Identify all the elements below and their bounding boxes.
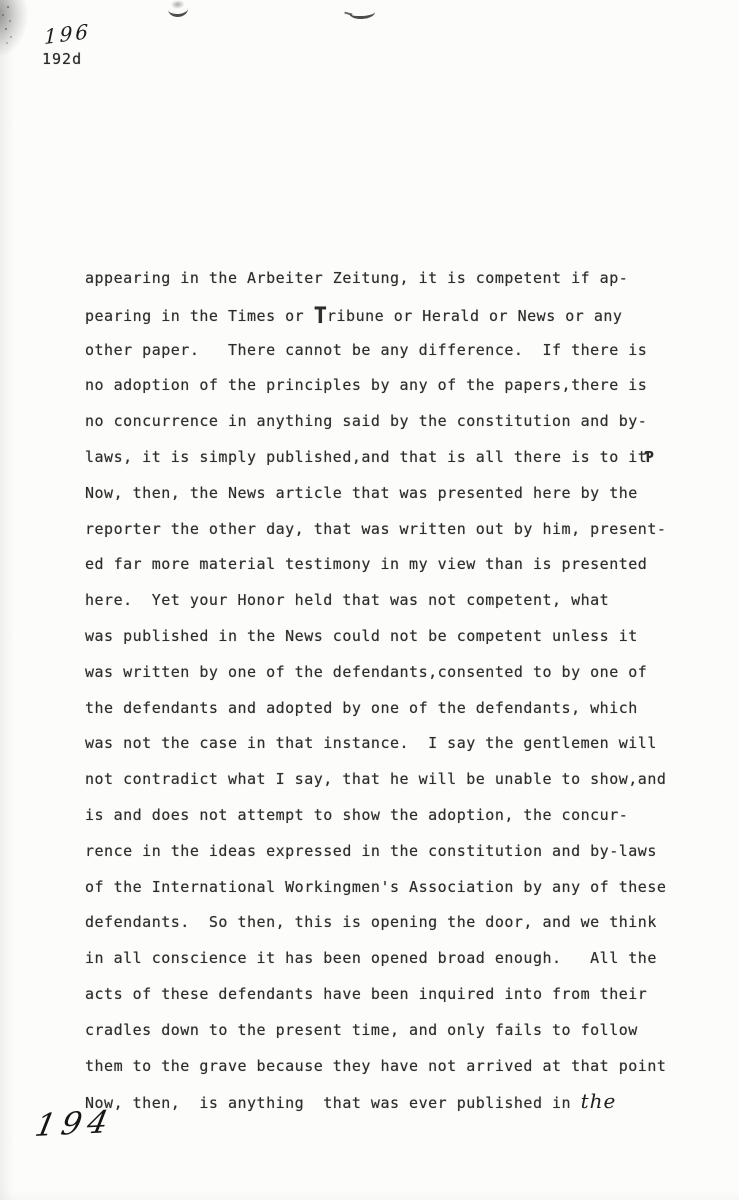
typed-line: acts of these defendants have been inqui…: [85, 977, 685, 1013]
typed-segment: not contradict what I say, that he will …: [85, 770, 666, 788]
typed-segment: ed far more material testimony in my vie…: [85, 555, 647, 573]
typed-segment: pearing in the Times or: [85, 307, 314, 325]
typed-line: was published in the News could not be c…: [85, 619, 685, 655]
typed-segment: was not the case in that instance. I say…: [85, 734, 657, 752]
typed-segment: acts of these defendants have been inqui…: [85, 985, 647, 1003]
typed-line: the defendants and adopted by one of the…: [85, 691, 685, 727]
typed-segment: no adoption of the principles by any of …: [85, 376, 647, 394]
typed-line: them to the grave because they have not …: [85, 1049, 685, 1085]
typed-segment: of the International Workingmen's Associ…: [85, 878, 666, 896]
typed-line: Now, then, the News article that was pre…: [85, 476, 685, 512]
typed-segment: no concurrence in anything said by the c…: [85, 412, 647, 430]
handwritten-word: the: [581, 1089, 617, 1113]
typed-segment: Now, then, the News article that was pre…: [85, 484, 638, 502]
typed-line: appearing in the Arbeiter Zeitung, it is…: [85, 261, 685, 297]
typed-segment: laws, it is simply published,and that is…: [85, 448, 647, 466]
typed-segment-overstrike: Ƥ: [644, 448, 653, 466]
typed-segment-tallT: T: [314, 304, 327, 329]
typed-line: here. Yet your Honor held that was not c…: [85, 583, 685, 619]
typed-line: laws, it is simply published,and that is…: [85, 440, 685, 476]
typed-line: not contradict what I say, that he will …: [85, 762, 685, 798]
ink-smudge: [167, 0, 188, 17]
typed-segment: appearing in the Arbeiter Zeitung, it is…: [85, 269, 628, 287]
typed-line: ed far more material testimony in my vie…: [85, 547, 685, 583]
typed-segment: Now, then, is anything that was ever pub…: [85, 1094, 581, 1112]
ink-smudge: [349, 5, 376, 19]
typed-segment: them to the grave because they have not …: [85, 1057, 666, 1075]
typed-segment: was published in the News could not be c…: [85, 627, 638, 645]
typed-line: was written by one of the defendants,con…: [85, 655, 685, 691]
typed-segment: cradles down to the present time, and on…: [85, 1021, 638, 1039]
typed-line: no adoption of the principles by any of …: [85, 368, 685, 404]
typed-line: no concurrence in anything said by the c…: [85, 404, 685, 440]
typed-line: defendants. So then, this is opening the…: [85, 905, 685, 941]
typed-line: was not the case in that instance. I say…: [85, 726, 685, 762]
typed-segment: is and does not attempt to show the adop…: [85, 806, 628, 824]
typed-line: of the International Workingmen's Associ…: [85, 870, 685, 906]
typed-segment: defendants. So then, this is opening the…: [85, 913, 657, 931]
typed-line: cradles down to the present time, and on…: [85, 1013, 685, 1049]
handwritten-page-number-bottom: 194: [32, 1104, 117, 1144]
document-page: 196 192d appearing in the Arbeiter Zeitu…: [0, 0, 739, 1200]
typed-line: other paper. There cannot be any differe…: [85, 333, 685, 369]
typed-line: rence in the ideas expressed in the cons…: [85, 834, 685, 870]
typed-segment: rence in the ideas expressed in the cons…: [85, 842, 657, 860]
typed-line: pearing in the Times or Tribune or Heral…: [85, 297, 685, 333]
typed-segment: other paper. There cannot be any differe…: [85, 341, 647, 359]
typed-line: in all conscience it has been opened bro…: [85, 941, 685, 977]
typed-line: reporter the other day, that was written…: [85, 512, 685, 548]
typed-page-label: 192d: [42, 50, 82, 68]
typed-segment: the defendants and adopted by one of the…: [85, 699, 638, 717]
handwritten-page-number-top: 196: [44, 19, 91, 49]
typed-segment: here. Yet your Honor held that was not c…: [85, 591, 609, 609]
typed-text-body: appearing in the Arbeiter Zeitung, it is…: [85, 261, 685, 1120]
typed-segment: reporter the other day, that was written…: [85, 520, 666, 538]
typed-line: Now, then, is anything that was ever pub…: [85, 1084, 685, 1120]
corner-ink-stain: [0, 0, 28, 56]
typed-segment: was written by one of the defendants,con…: [85, 663, 647, 681]
typed-segment: ribune or Herald or News or any: [327, 307, 622, 325]
typed-line: is and does not attempt to show the adop…: [85, 798, 685, 834]
typed-segment: in all conscience it has been opened bro…: [85, 949, 657, 967]
